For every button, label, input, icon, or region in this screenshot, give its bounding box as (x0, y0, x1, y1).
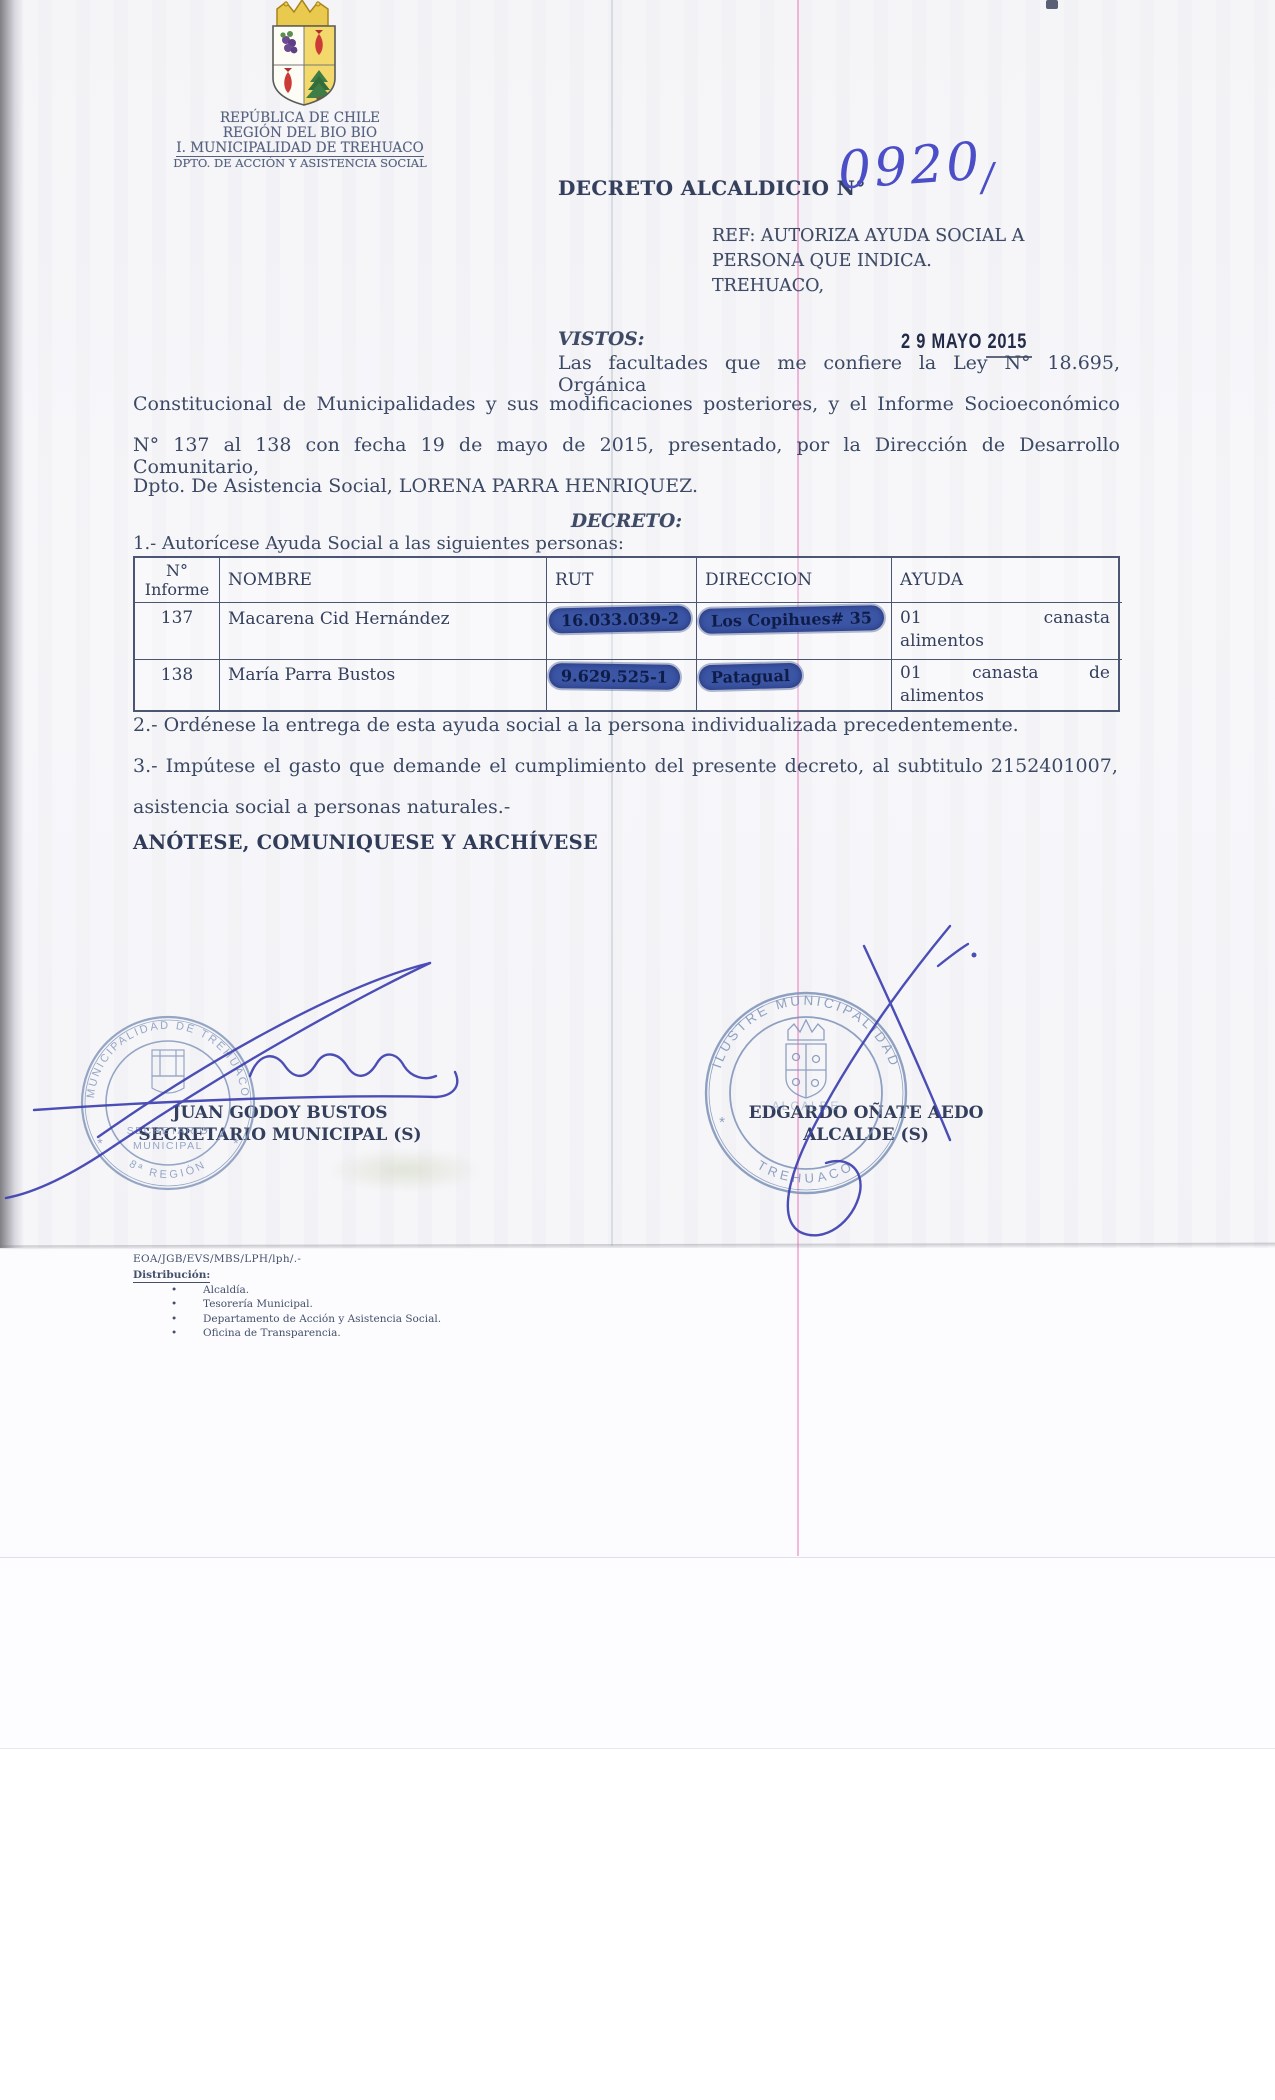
bullet-icon: • (171, 1284, 177, 1296)
scan-edge-shadow (0, 0, 24, 1248)
scan-seam-line (0, 1557, 1275, 1558)
coat-of-arms-icon (250, 0, 360, 112)
ref-block: REF: AUTORIZA AYUDA SOCIAL A PERSONA QUE… (712, 224, 1024, 299)
table-header-ayuda: AYUDA (892, 558, 1122, 603)
scan-seam-line (0, 1748, 1275, 1749)
table-header-informe: N° Informe (135, 558, 220, 603)
decreto-item-3-cont: asistencia social a personas naturales.- (133, 796, 510, 818)
decreto-heading: DECRETO: (133, 511, 1120, 532)
scanner-background-band (0, 1558, 1275, 1748)
letterhead-department: DPTO. DE ACCIÓN Y ASISTENCIA SOCIAL (120, 156, 480, 170)
letterhead-municipality: I. MUNICIPALIDAD DE TREHUACO (176, 140, 423, 157)
vistos-heading: VISTOS: (558, 329, 644, 350)
table-header-direccion: DIRECCION (697, 558, 892, 603)
table-cell-direccion: Los Copihues# 35 (697, 603, 892, 660)
distribution-label: Distribución: (133, 1269, 210, 1283)
table-cell-nombre: María Parra Bustos (220, 660, 547, 710)
table-cell-informe: 138 (135, 660, 220, 710)
ref-line: PERSONA QUE INDICA. (712, 249, 1024, 274)
distribution-item: • Oficina de Transparencia. (133, 1327, 441, 1339)
direccion-highlight-mark: Patagual (699, 663, 803, 691)
bullet-icon: • (171, 1298, 177, 1310)
table-cell-nombre: Macarena Cid Hernández (220, 603, 547, 660)
table-cell-direccion: Patagual (697, 660, 892, 710)
footer-initials: EOA/JGB/EVS/MBS/LPH/lph/.- (133, 1253, 441, 1265)
table-cell-ayuda: 01 canasta alimentos (892, 603, 1122, 660)
distribution-item: • Tesorería Municipal. (133, 1298, 441, 1310)
footer-block: EOA/JGB/EVS/MBS/LPH/lph/.- Distribución:… (133, 1253, 441, 1339)
document-canvas: REPÚBLICA DE CHILE REGIÓN DEL BIO BIO I.… (0, 0, 1275, 2100)
body-line: Las facultades que me confiere la Ley N°… (558, 352, 1120, 396)
handwritten-slash: / (980, 155, 999, 200)
beneficiaries-table: N° Informe NOMBRE RUT DIRECCION AYUDA 13… (133, 556, 1120, 712)
table-header-rut: RUT (547, 558, 697, 603)
decreto-item-1: 1.- Autorícese Ayuda Social a las siguie… (133, 533, 624, 554)
decreto-item-2: 2.- Ordénese la entrega de esta ayuda so… (133, 714, 1019, 736)
table-cell-rut: 16.033.039-2 (547, 603, 697, 660)
bleedthrough-smudge (325, 1148, 485, 1192)
bullet-icon: • (171, 1313, 177, 1325)
signer-title-right: ALCALDE (S) (736, 1125, 996, 1145)
signer-name-left: JUAN GODOY BUSTOS (130, 1103, 430, 1123)
closing-formula: ANÓTESE, COMUNIQUESE Y ARCHÍVESE (133, 831, 598, 854)
table-cell-rut: 9.629.525-1 (547, 660, 697, 710)
ref-line: REF: AUTORIZA AYUDA SOCIAL A (712, 224, 1024, 249)
body-line: Constitucional de Municipalidades y sus … (133, 393, 1120, 415)
ref-line: TREHUACO, (712, 274, 1024, 299)
body-line: Dpto. De Asistencia Social, LORENA PARRA… (133, 475, 698, 497)
scan-speck (1046, 0, 1058, 9)
decree-title: DECRETO ALCALDICIO N° (558, 176, 866, 200)
table-header-nombre: NOMBRE (220, 558, 547, 603)
letterhead-region: REGIÓN DEL BIO BIO (120, 125, 480, 141)
rut-highlight-mark: 9.629.525-1 (549, 663, 680, 690)
distribution-item: • Alcaldía. (133, 1284, 441, 1296)
bullet-icon: • (171, 1327, 177, 1339)
direccion-highlight-mark: Los Copihues# 35 (699, 605, 884, 634)
decreto-item-3: 3.- Impútese el gasto que demande el cum… (133, 755, 1118, 777)
letterhead-country: REPÚBLICA DE CHILE (120, 110, 480, 126)
table-cell-informe: 137 (135, 603, 220, 660)
signer-name-right: EDGARDO OÑATE AEDO (736, 1103, 996, 1123)
table-cell-ayuda: 01 canasta de alimentos (892, 660, 1122, 710)
date-stamp: 2 9 MAYO 2015 (901, 330, 1027, 354)
body-line: N° 137 al 138 con fecha 19 de mayo de 20… (133, 434, 1120, 478)
signer-title-left: SECRETARIO MUNICIPAL (S) (130, 1125, 430, 1145)
handwritten-decree-number: 0920/ (836, 130, 1000, 201)
distribution-item: • Departamento de Acción y Asistencia So… (133, 1313, 441, 1325)
rut-highlight-mark: 16.033.039-2 (549, 606, 691, 634)
